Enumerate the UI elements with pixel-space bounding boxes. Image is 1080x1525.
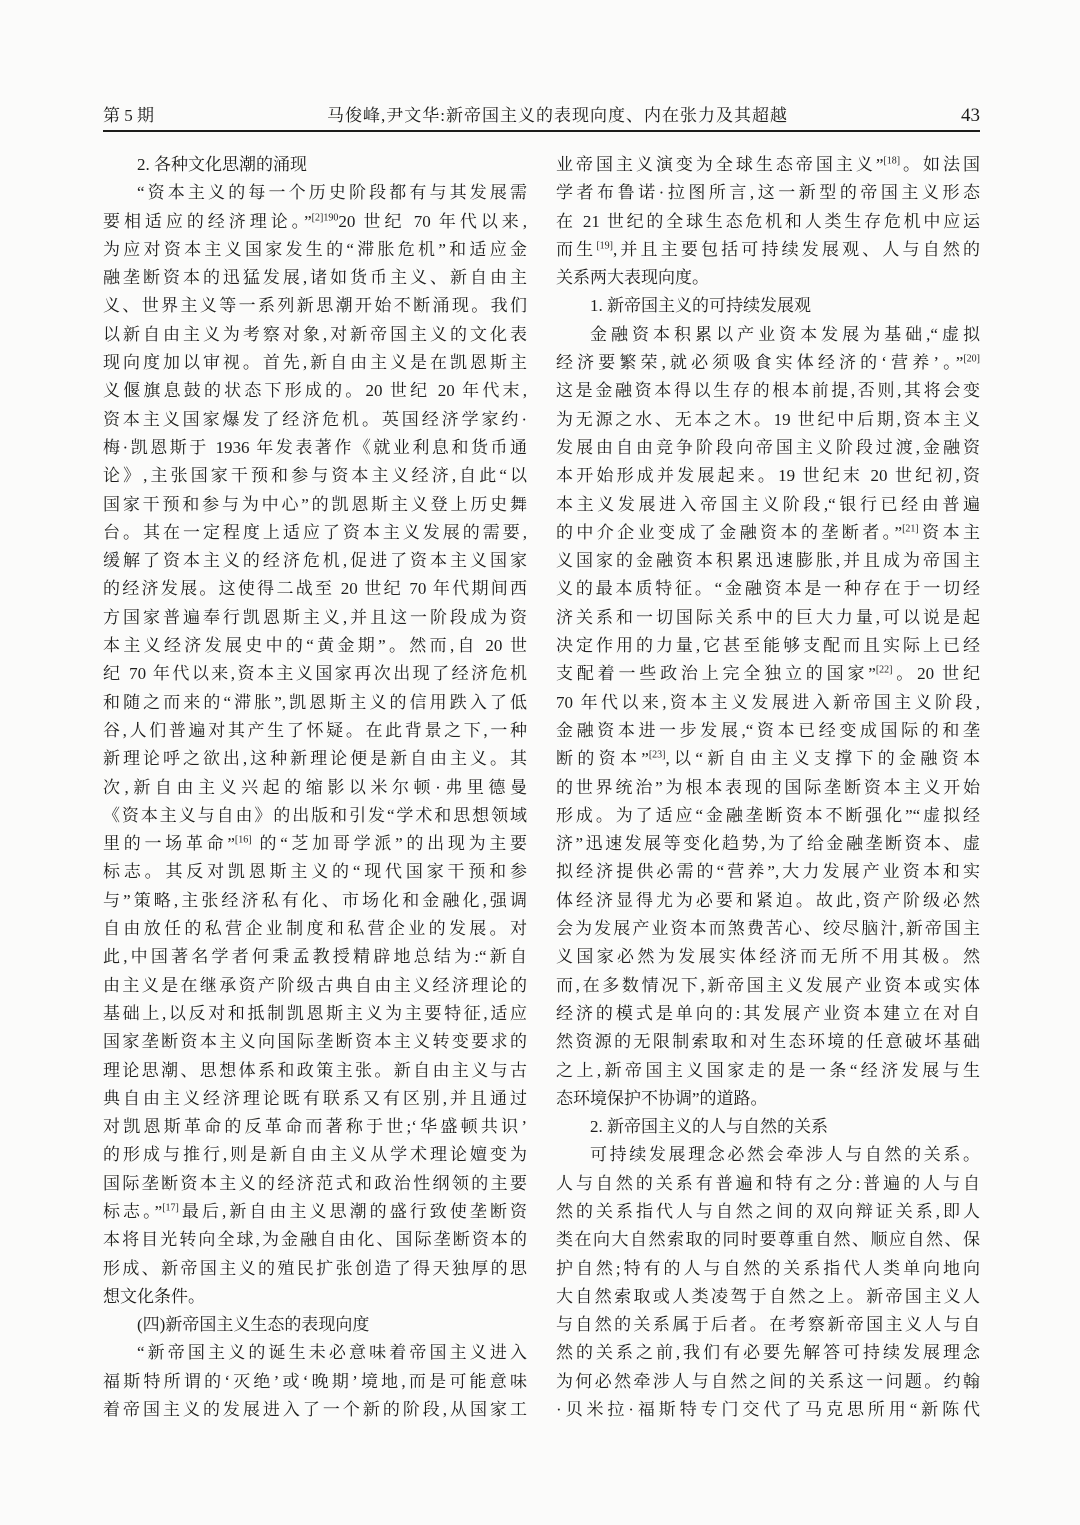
text-line: 纪 70 年代以来,资本主义国家再次出现了经济危机	[103, 660, 527, 688]
text-line: 之上,新帝国主义国家走的是一条“经济发展与生	[556, 1057, 980, 1085]
text-line: 义的最本质特征。“金融资本是一种存在于一切经	[556, 575, 980, 603]
text-line: 自由放任的私营企业制度和私营企业的发展。对	[103, 915, 527, 943]
text-line: 融垄断资本的迅猛发展,诸如货币主义、新自由主	[103, 264, 527, 292]
text-line: 梅·凯恩斯于 1936 年发表著作《就业利息和货币通	[103, 434, 527, 462]
text-line: 人与自然的关系有普遍和特有之分:普遍的人与自	[556, 1170, 980, 1198]
text-line: 经济要繁荣,就必须吸食实体经济的‘营养’。”[20]	[556, 349, 980, 377]
text-line: “资本主义的每一个历史阶段都有与其发展需	[103, 179, 527, 207]
text-line: 而,在多数情况下,新帝国主义发展产业资本或实体	[556, 972, 980, 1000]
text-line: 大自然索取或人类凌驾于自然之上。新帝国主义人	[556, 1283, 980, 1311]
text-line: 新理论呼之欲出,这种新理论便是新自由主义。其	[103, 745, 527, 773]
text-line: 标志。其反对凯恩斯主义的“现代国家干预和参	[103, 858, 527, 886]
text-line: 里的一场革命”[16] 的“芝加哥学派”的出现为主要	[103, 830, 527, 858]
text-line: 可持续发展理念必然会牵涉人与自然的关系。	[556, 1141, 980, 1169]
text-line: 2. 各种文化思潮的涌现	[103, 151, 527, 179]
text-line: 形成。为了适应“金融垄断资本不断强化”“虚拟经	[556, 802, 980, 830]
left-column: 2. 各种文化思潮的涌现“资本主义的每一个历史阶段都有与其发展需要相适应的经济理…	[103, 151, 527, 1424]
text-line: 为无源之水、无本之木。19 世纪中后期,资本主义	[556, 406, 980, 434]
text-line: 态环境保护不协调”的道路。	[556, 1085, 980, 1113]
text-line: 基础上,以反对和抵制凯恩斯主义为主要特征,适应	[103, 1000, 527, 1028]
text-line: 现向度加以审视。首先,新自由主义是在凯恩斯主	[103, 349, 527, 377]
text-line: 在 21 世纪的全球生态危机和人类生存危机中应运	[556, 208, 980, 236]
text-line: 《资本主义与自由》的出版和引发“学术和思想领域	[103, 802, 527, 830]
text-line: ·贝米拉·福斯特专门交代了马克思所用“新陈代	[556, 1396, 980, 1424]
citation-ref: [2]190	[312, 212, 339, 223]
text-line: 的经济发展。这使得二战至 20 世纪 70 年代期间西	[103, 575, 527, 603]
text-line: 业帝国主义演变为全球生态帝国主义”[18]。如法国	[556, 151, 980, 179]
citation-ref: [19]	[596, 240, 613, 251]
text-line: 要相适应的经济理论。”[2]19020 世纪 70 年代以来,	[103, 208, 527, 236]
text-line: 标志。”[17]最后,新自由主义思潮的盛行致使垄断资	[103, 1198, 527, 1226]
text-line: 义国家的金融资本积累迅速膨胀,并且成为帝国主	[556, 547, 980, 575]
header-running-title: 马俊峰,尹文华:新帝国主义的表现向度、内在张力及其超越	[327, 101, 788, 126]
header-divider	[103, 130, 980, 132]
text-line: 然的关系指代人与自然之间的双向辩证关系,即人	[556, 1198, 980, 1226]
text-line: 典自由主义经济理论既有联系又有区别,并且通过	[103, 1085, 527, 1113]
text-line: 本主义经济发展史中的“黄金期”。然而,自 20 世	[103, 632, 527, 660]
text-line: 体经济显得尤为必要和紧迫。故此,资产阶级必然	[556, 887, 980, 915]
text-line: 发展由自由竞争阶段向帝国主义阶段过渡,金融资	[556, 434, 980, 462]
text-line: 然的关系之前,我们有必要先解答可持续发展理念	[556, 1339, 980, 1367]
text-line: 方国家普遍奉行凯恩斯主义,并且这一阶段成为资	[103, 604, 527, 632]
text-line: 国家干预和参与为中心”的凯恩斯主义登上历史舞	[103, 491, 527, 519]
text-line: 资本主义国家爆发了经济危机。英国经济学家约·	[103, 406, 527, 434]
citation-ref: [17]	[162, 1202, 179, 1213]
text-line: 本将目光转向全球,为金融自由化、国际垄断资本的	[103, 1226, 527, 1254]
text-line: 次,新自由主义兴起的缩影以米尔顿·弗里德曼	[103, 774, 527, 802]
text-line: 此,中国著名学者何秉孟教授精辟地总结为:“新自	[103, 943, 527, 971]
citation-ref: [16]	[235, 834, 252, 845]
text-line: 本主义发展进入帝国主义阶段,“银行已经由普遍	[556, 491, 980, 519]
text-line: 着帝国主义的发展进入了一个新的阶段,从国家工	[103, 1396, 527, 1424]
header-issue-label: 第 5 期	[103, 101, 154, 126]
text-line: 与”策略,主张经济私有化、市场化和金融化,强调	[103, 887, 527, 915]
text-line: 论》,主张国家干预和参与资本主义经济,自此“以	[103, 462, 527, 490]
text-line: 的中介企业变成了金融资本的垄断者。”[21]资本主	[556, 519, 980, 547]
text-line: 和随之而来的“滞胀”,凯恩斯主义的信用跌入了低	[103, 689, 527, 717]
text-columns: 2. 各种文化思潮的涌现“资本主义的每一个历史阶段都有与其发展需要相适应的经济理…	[103, 151, 980, 1424]
text-line: 义、世界主义等一系列新思潮开始不断涌现。我们	[103, 292, 527, 320]
text-line: 支配着一些政治上完全独立的国家”[22]。20 世纪	[556, 660, 980, 688]
journal-page: 第 5 期 马俊峰,尹文华:新帝国主义的表现向度、内在张力及其超越 43 2. …	[0, 0, 1080, 1525]
text-line: 2. 新帝国主义的人与自然的关系	[556, 1113, 980, 1141]
text-line: 义国家必然为发展实体经济而无所不用其极。然	[556, 943, 980, 971]
text-line: 学者布鲁诺·拉图所言,这一新型的帝国主义形态	[556, 179, 980, 207]
text-line: 以新自由主义为考察对象,对新帝国主义的文化表	[103, 321, 527, 349]
text-line: 断的资本”[23],以“新自由主义支撑下的金融资本	[556, 745, 980, 773]
citation-ref: [23]	[649, 750, 666, 761]
text-line: 的形成与推行,则是新自由主义从学术理论嬗变为	[103, 1141, 527, 1169]
citation-ref: [20]	[963, 353, 980, 364]
text-line: 决定作用的力量,它甚至能够支配而且实际上已经	[556, 632, 980, 660]
text-line: 1. 新帝国主义的可持续发展观	[556, 292, 980, 320]
text-line: 70 年代以来,资本主义发展进入新帝国主义阶段,	[556, 689, 980, 717]
page-header: 第 5 期 马俊峰,尹文华:新帝国主义的表现向度、内在张力及其超越 43	[103, 101, 980, 127]
text-line: 会为发展产业资本而煞费苦心、绞尽脑汁,新帝国主	[556, 915, 980, 943]
text-line: “新帝国主义的诞生未必意味着帝国主义进入	[103, 1339, 527, 1367]
right-column: 业帝国主义演变为全球生态帝国主义”[18]。如法国学者布鲁诺·拉图所言,这一新型…	[556, 151, 980, 1424]
text-line: 谷,人们普遍对其产生了怀疑。在此背景之下,一种	[103, 717, 527, 745]
text-line: 国际垄断资本主义的经济范式和政治性纲领的主要	[103, 1170, 527, 1198]
text-line: 义偃旗息鼓的状态下形成的。20 世纪 20 年代末,	[103, 377, 527, 405]
citation-ref: [18]	[883, 155, 900, 166]
header-page-number: 43	[961, 105, 980, 127]
text-line: 金融资本进一步发展,“资本已经变成国际的和垄	[556, 717, 980, 745]
text-line: 缓解了资本主义的经济危机,促进了资本主义国家	[103, 547, 527, 575]
text-line: 而生[19],并且主要包括可持续发展观、人与自然的	[556, 236, 980, 264]
text-line: 形成、新帝国主义的殖民扩张创造了得天独厚的思	[103, 1255, 527, 1283]
text-line: 拟经济提供必需的“营养”,大力发展产业资本和实	[556, 858, 980, 886]
text-line: 关系两大表现向度。	[556, 264, 980, 292]
text-line: 这是金融资本得以生存的根本前提,否则,其将会变	[556, 377, 980, 405]
text-line: 为应对资本主义国家发生的“滞胀危机”和适应金	[103, 236, 527, 264]
text-line: 金融资本积累以产业资本发展为基础,“虚拟	[556, 321, 980, 349]
text-line: 济关系和一切国际关系中的巨大力量,可以说是起	[556, 604, 980, 632]
text-line: 类在向大自然索取的同时要尊重自然、顺应自然、保	[556, 1226, 980, 1254]
text-line: 想文化条件。	[103, 1283, 527, 1311]
text-line: 济”迅速发展等变化趋势,为了给金融垄断资本、虚	[556, 830, 980, 858]
text-line: 护自然;特有的人与自然的关系指代人类单向地向	[556, 1255, 980, 1283]
text-line: 为何必然牵涉人与自然之间的关系这一问题。约翰	[556, 1368, 980, 1396]
citation-ref: [22]	[876, 665, 893, 676]
citation-ref: [21]	[902, 523, 919, 534]
text-line: 台。其在一定程度上适应了资本主义发展的需要,	[103, 519, 527, 547]
text-line: (四)新帝国主义生态的表现向度	[103, 1311, 527, 1339]
text-line: 对凯恩斯革命的反革命而著称于世;‘华盛顿共识’	[103, 1113, 527, 1141]
text-line: 国家垄断资本主义向国际垄断资本主义转变要求的	[103, 1028, 527, 1056]
text-line: 理论思潮、思想体系和政策主张。新自由主义与古	[103, 1057, 527, 1085]
text-line: 然资源的无限制索取和对生态环境的任意破坏基础	[556, 1028, 980, 1056]
text-line: 福斯特所谓的‘灭绝’或‘晚期’境地,而是可能意味	[103, 1368, 527, 1396]
text-line: 经济的模式是单向的:其发展产业资本建立在对自	[556, 1000, 980, 1028]
text-line: 的世界统治”为根本表现的国际垄断资本主义开始	[556, 774, 980, 802]
text-line: 本开始形成并发展起来。19 世纪末 20 世纪初,资	[556, 462, 980, 490]
text-line: 与自然的关系属于后者。在考察新帝国主义人与自	[556, 1311, 980, 1339]
text-line: 由主义是在继承资产阶级古典自由主义经济理论的	[103, 972, 527, 1000]
